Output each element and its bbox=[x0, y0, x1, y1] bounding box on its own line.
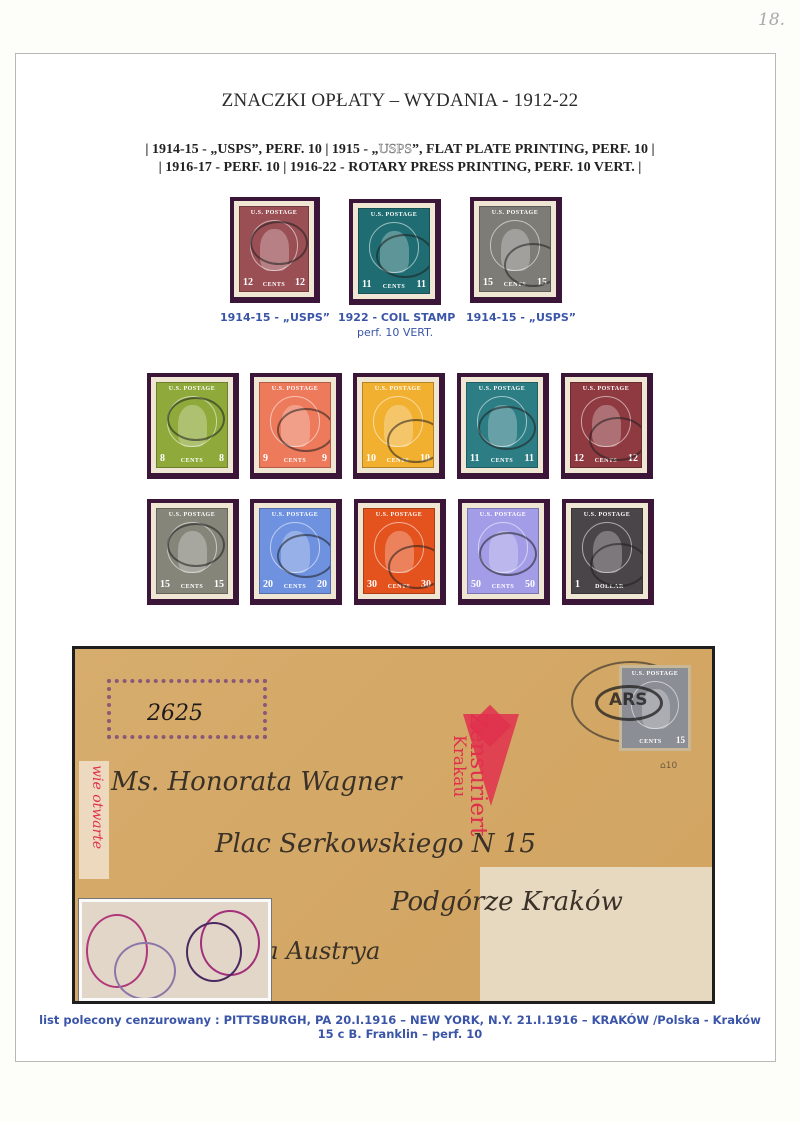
stamp-header: U.S. POSTAGE bbox=[575, 386, 637, 392]
stamp-design: U.S. POSTAGE12CENTS12 bbox=[570, 382, 642, 468]
stamp: U.S. POSTAGE9CENTS9 bbox=[254, 377, 336, 473]
stamp-value: 20CENTS20 bbox=[263, 579, 327, 590]
stamp-header: U.S. POSTAGE bbox=[368, 512, 430, 518]
stamp-mount: U.S. POSTAGE10CENTS10 bbox=[353, 373, 445, 479]
stamp-value: 11CENTS11 bbox=[470, 453, 534, 464]
stamp-mount: U.S. POSTAGE8CENTS8 bbox=[147, 373, 239, 479]
stamp-design: U.S. POSTAGE15CENTS15 bbox=[156, 508, 228, 594]
stamp-mount: U.S. POSTAGE9CENTS9 bbox=[250, 373, 342, 479]
stamp-mount: U.S. POSTAGE1DOLLAR bbox=[562, 499, 654, 605]
stamp-mount: U.S. POSTAGE12CENTS12 bbox=[561, 373, 653, 479]
backstamp-inset bbox=[79, 899, 271, 1001]
stamp: U.S. POSTAGE15CENTS15 bbox=[151, 503, 233, 599]
stamp: U.S. POSTAGE20CENTS20 bbox=[254, 503, 336, 599]
cancel-mark bbox=[167, 397, 225, 441]
stamp-value: 9CENTS9 bbox=[263, 453, 327, 464]
stamp-header: U.S. POSTAGE bbox=[484, 210, 546, 216]
stamp-header: U.S. POSTAGE bbox=[161, 512, 223, 518]
outline-usps-text: USPS bbox=[379, 142, 412, 157]
stamp-label-1: 1914-15 - „USPS” bbox=[220, 311, 330, 324]
stamp-design: U.S. POSTAGE9CENTS9 bbox=[259, 382, 331, 468]
cancel-mark bbox=[167, 523, 225, 567]
stamp-header: U.S. POSTAGE bbox=[264, 386, 326, 392]
stamp-mount: U.S. POSTAGE20CENTS20 bbox=[250, 499, 342, 605]
stamp-design: U.S. POSTAGE15CENTS15 bbox=[479, 206, 551, 292]
cancel-mark bbox=[277, 408, 331, 452]
stamp: U.S. POSTAGE11CENTS11 bbox=[461, 377, 543, 473]
stamp-design: U.S. POSTAGE11CENTS11 bbox=[466, 382, 538, 468]
ny-backstamp-1 bbox=[114, 942, 176, 1000]
stamp: U.S. POSTAGE8CENTS8 bbox=[151, 377, 233, 473]
stamp: U.S. POSTAGE1DOLLAR bbox=[566, 503, 648, 599]
stamp: U.S. POSTAGE50CENTS50 bbox=[462, 503, 544, 599]
stamp: U.S. POSTAGE11CENTS11 bbox=[353, 203, 435, 299]
stamp-design: U.S. POSTAGE8CENTS8 bbox=[156, 382, 228, 468]
envelope: 2625 wie otwarte Zensuriert Krakau U.S. … bbox=[75, 649, 712, 1001]
stamp-header: U.S. POSTAGE bbox=[161, 386, 223, 392]
stamp-header: U.S. POSTAGE bbox=[626, 671, 684, 677]
stamp-value: 12CENTS12 bbox=[243, 277, 305, 288]
stamp-header: U.S. POSTAGE bbox=[363, 212, 425, 218]
cancel-mark bbox=[589, 417, 642, 461]
stamp: U.S. POSTAGE10CENTS10 bbox=[357, 377, 439, 473]
stamp-value: 8CENTS8 bbox=[160, 453, 224, 464]
cancel-mark bbox=[277, 534, 331, 578]
stamp: U.S. POSTAGE12CENTS12 bbox=[234, 201, 314, 297]
stamp-design: U.S. POSTAGE50CENTS50 bbox=[467, 508, 539, 594]
opened-label-text: wie otwarte bbox=[89, 765, 105, 849]
cancel-mark bbox=[590, 543, 643, 587]
cover-caption-line-2: 15 c B. Franklin – perf. 10 bbox=[0, 1027, 800, 1041]
stamp-mount: U.S. POSTAGE15CENTS15 bbox=[470, 197, 562, 303]
stamp-header: U.S. POSTAGE bbox=[244, 210, 304, 216]
stamp: U.S. POSTAGE30CENTS30 bbox=[358, 503, 440, 599]
stamp-label-3: 1914-15 - „USPS” bbox=[466, 311, 576, 324]
cover-caption-line-1: list polecony cenzurowany : PITTSBURGH, … bbox=[0, 1013, 800, 1027]
stamp-label-2: 1922 - COIL STAMP bbox=[338, 311, 455, 324]
stamp-design: U.S. POSTAGE12CENTS12 bbox=[239, 206, 309, 292]
stamp-mount: U.S. POSTAGE15CENTS15 bbox=[147, 499, 239, 605]
stamp-design: U.S. POSTAGE1DOLLAR bbox=[571, 508, 643, 594]
cancel-mark bbox=[478, 406, 536, 450]
address-line-1: Ms. Honorata Wagner bbox=[111, 767, 402, 797]
stamp-header: U.S. POSTAGE bbox=[367, 386, 429, 392]
stamp-mount: U.S. POSTAGE30CENTS30 bbox=[354, 499, 446, 605]
address-line-3: Podgórze Kraków bbox=[391, 887, 623, 917]
page-title: ZNACZKI OPŁATY – WYDANIA - 1912-22 bbox=[0, 90, 800, 112]
stamp: U.S. POSTAGE15CENTS15 bbox=[474, 201, 556, 297]
subtitle-line-2: | 1916-17 - PERF. 10 | 1916-22 - ROTARY … bbox=[0, 160, 800, 176]
ars-cancel-text: ARS bbox=[609, 690, 648, 710]
stamp-header: U.S. POSTAGE bbox=[472, 512, 534, 518]
stamp-design: U.S. POSTAGE10CENTS10 bbox=[362, 382, 434, 468]
stamp-mount: U.S. POSTAGE50CENTS50 bbox=[458, 499, 550, 605]
address-line-2: Plac Serkowskiego N 15 bbox=[215, 829, 536, 859]
stamp: U.S. POSTAGE12CENTS12 bbox=[565, 377, 647, 473]
registered-cover: 2625 wie otwarte Zensuriert Krakau U.S. … bbox=[72, 646, 715, 1004]
stamp-header: U.S. POSTAGE bbox=[471, 386, 533, 392]
stamp-design: U.S. POSTAGE20CENTS20 bbox=[259, 508, 331, 594]
page-number: 18. bbox=[758, 10, 785, 30]
stamp-mount: U.S. POSTAGE12CENTS12 bbox=[230, 197, 320, 303]
cancel-mark bbox=[250, 221, 308, 265]
stamp-design: U.S. POSTAGE30CENTS30 bbox=[363, 508, 435, 594]
plate-mark: ⌂10 bbox=[660, 761, 677, 771]
stamp-value: CENTS15 bbox=[625, 735, 685, 745]
cancel-mark bbox=[479, 532, 537, 576]
stamp-value: 11CENTS11 bbox=[362, 279, 426, 290]
ny-backstamp-3 bbox=[186, 922, 242, 982]
subtitle-line-1: | 1914-15 - „USPS”, PERF. 10 | 1915 - „U… bbox=[0, 142, 800, 158]
stamp-header: U.S. POSTAGE bbox=[264, 512, 326, 518]
stamp-value: 15CENTS15 bbox=[160, 579, 224, 590]
stamp-mount: U.S. POSTAGE11CENTS11 bbox=[349, 199, 441, 305]
cancel-mark bbox=[376, 234, 430, 278]
stamp-header: U.S. POSTAGE bbox=[576, 512, 638, 518]
registration-number: 2625 bbox=[147, 701, 203, 726]
stamp-sublabel: perf. 10 VERT. bbox=[357, 326, 433, 339]
stamp-value: 50CENTS50 bbox=[471, 579, 535, 590]
stamp-design: U.S. POSTAGE11CENTS11 bbox=[358, 208, 430, 294]
stamp-mount: U.S. POSTAGE11CENTS11 bbox=[457, 373, 549, 479]
